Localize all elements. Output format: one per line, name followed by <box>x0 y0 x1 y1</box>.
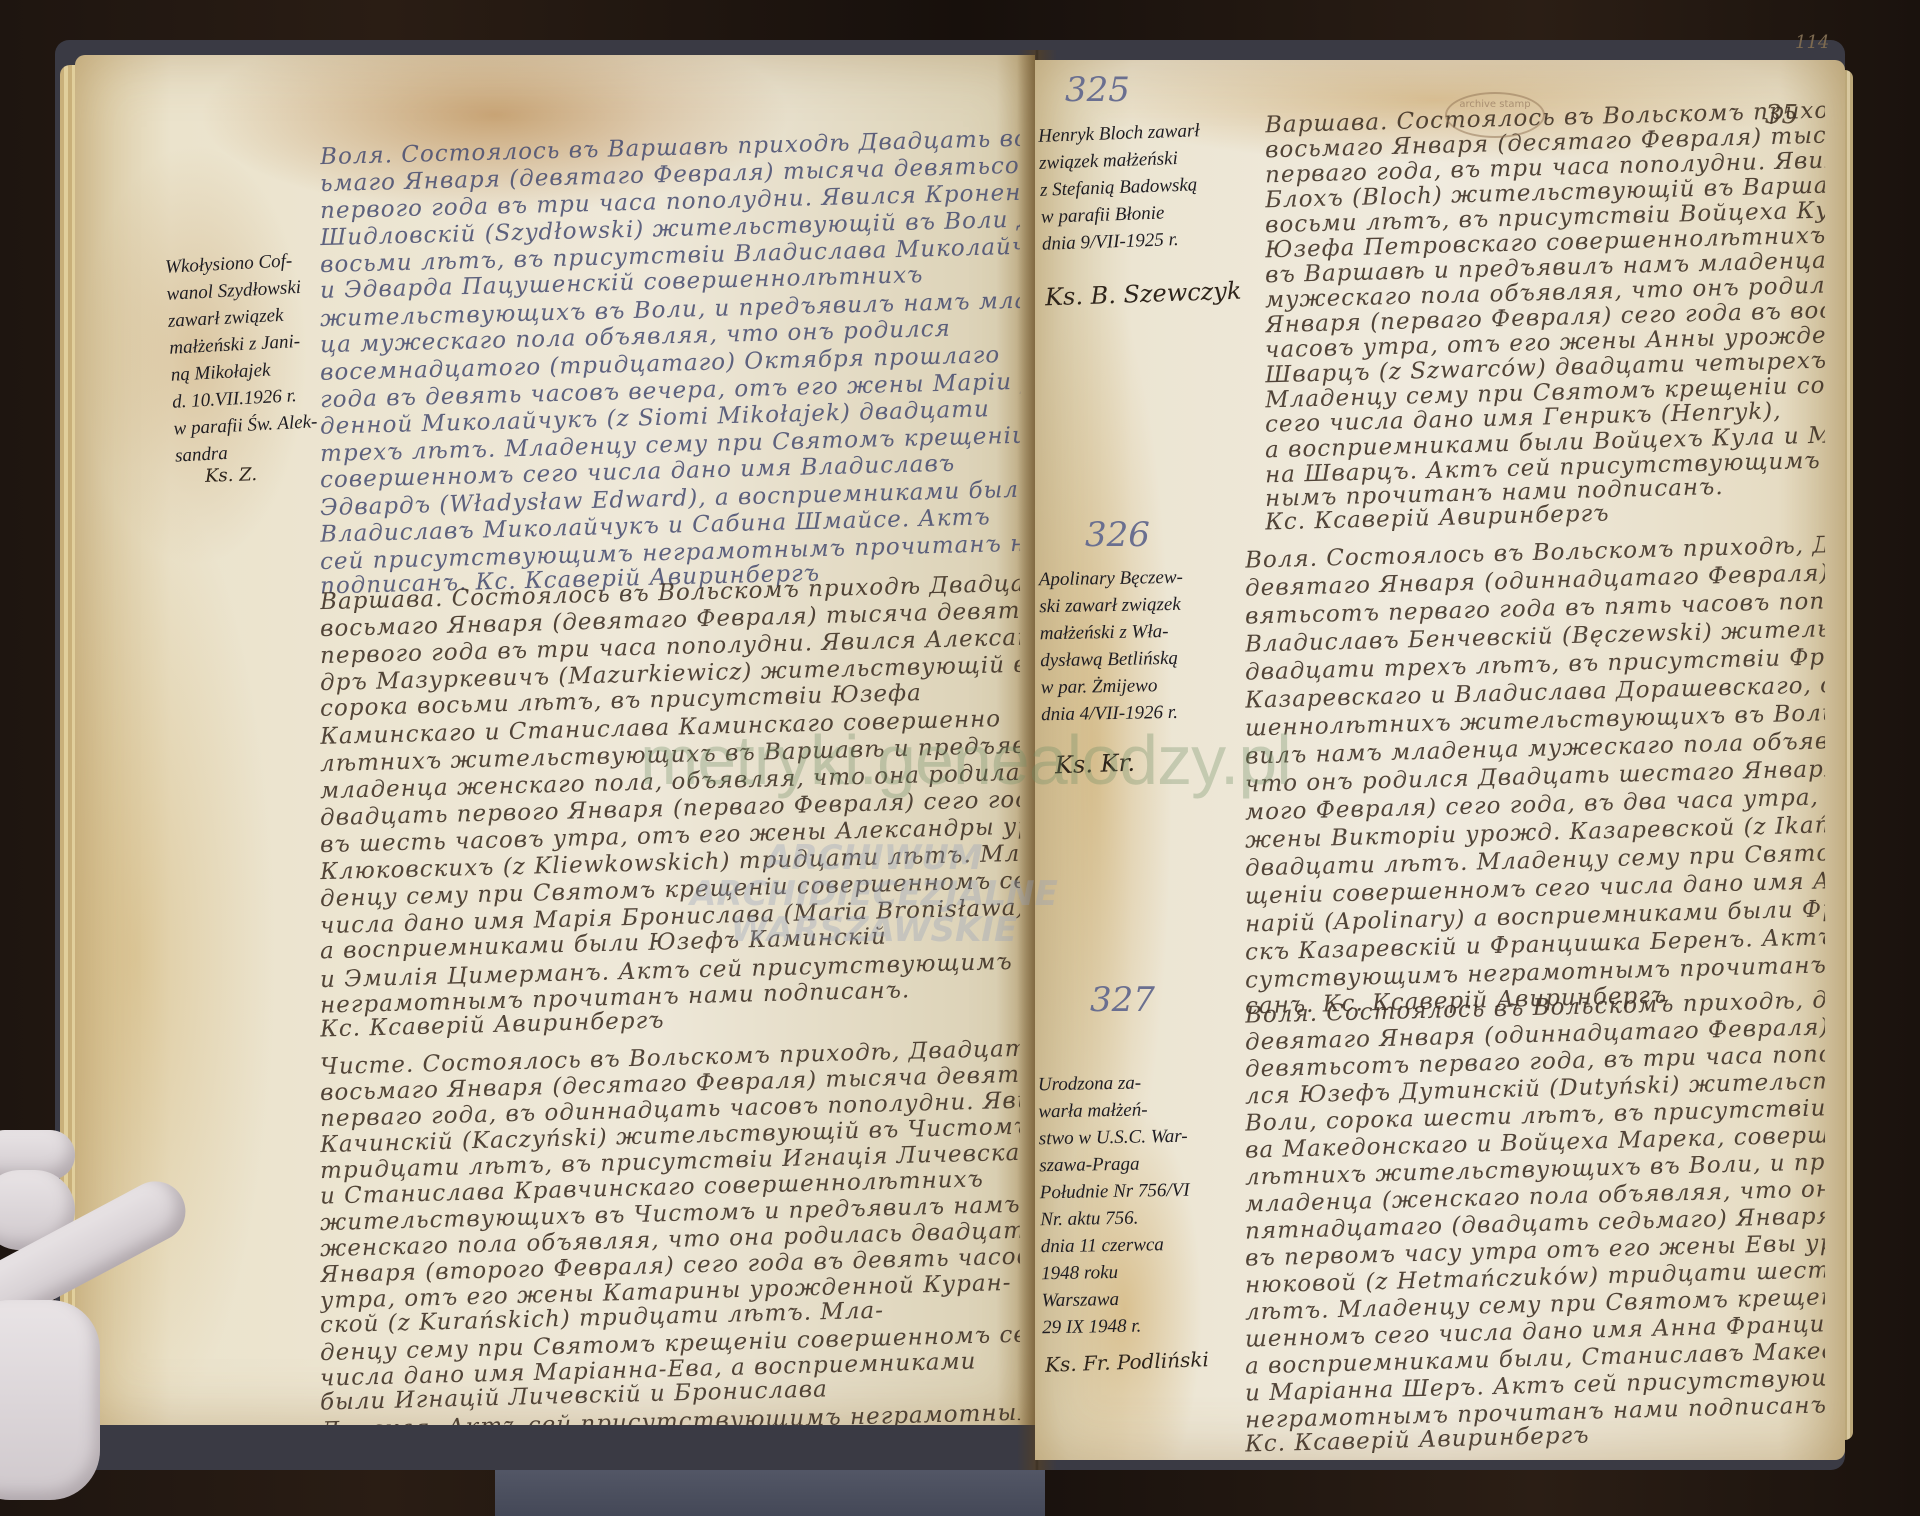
archive-stamp: archive stamp <box>1445 92 1545 138</box>
genealogy-watermark: metryki.genealodzy.pl <box>640 720 1291 800</box>
margin-annotation-325: Henryk Bloch zawarł związek małżeński z … <box>1038 117 1204 258</box>
gloved-hand <box>0 1130 220 1430</box>
entry-number-326: 326 <box>1085 515 1150 555</box>
margin-signature-325: Ks. B. Szewczyk <box>1045 277 1242 312</box>
left-margin-annotation: Wkołysiono Cof- wanol Szydłowski zawarł … <box>164 246 319 469</box>
margin-annotation-327: Urodzona za- warła małżeń- stwo w U.S.C.… <box>1038 1069 1193 1342</box>
left-margin-signature: Ks. Z. <box>205 464 258 487</box>
archive-watermark: ARCHIWUM ARCHIDIECEZJALNE WARSZAWSKIE <box>690 840 1058 948</box>
entry-number-327: 327 <box>1090 980 1155 1020</box>
margin-signature-327: Ks. Fr. Podliński <box>1045 1347 1210 1377</box>
photo-scene: Wkołysiono Cof- wanol Szydłowski zawarł … <box>0 0 1920 1516</box>
corner-folio: 114 <box>1795 32 1829 53</box>
margin-annotation-326: Apolinary Bęczew- ski zawarł związek mał… <box>1039 564 1186 728</box>
entry-number-325: 325 <box>1065 70 1130 110</box>
glove-palm <box>0 1300 100 1500</box>
